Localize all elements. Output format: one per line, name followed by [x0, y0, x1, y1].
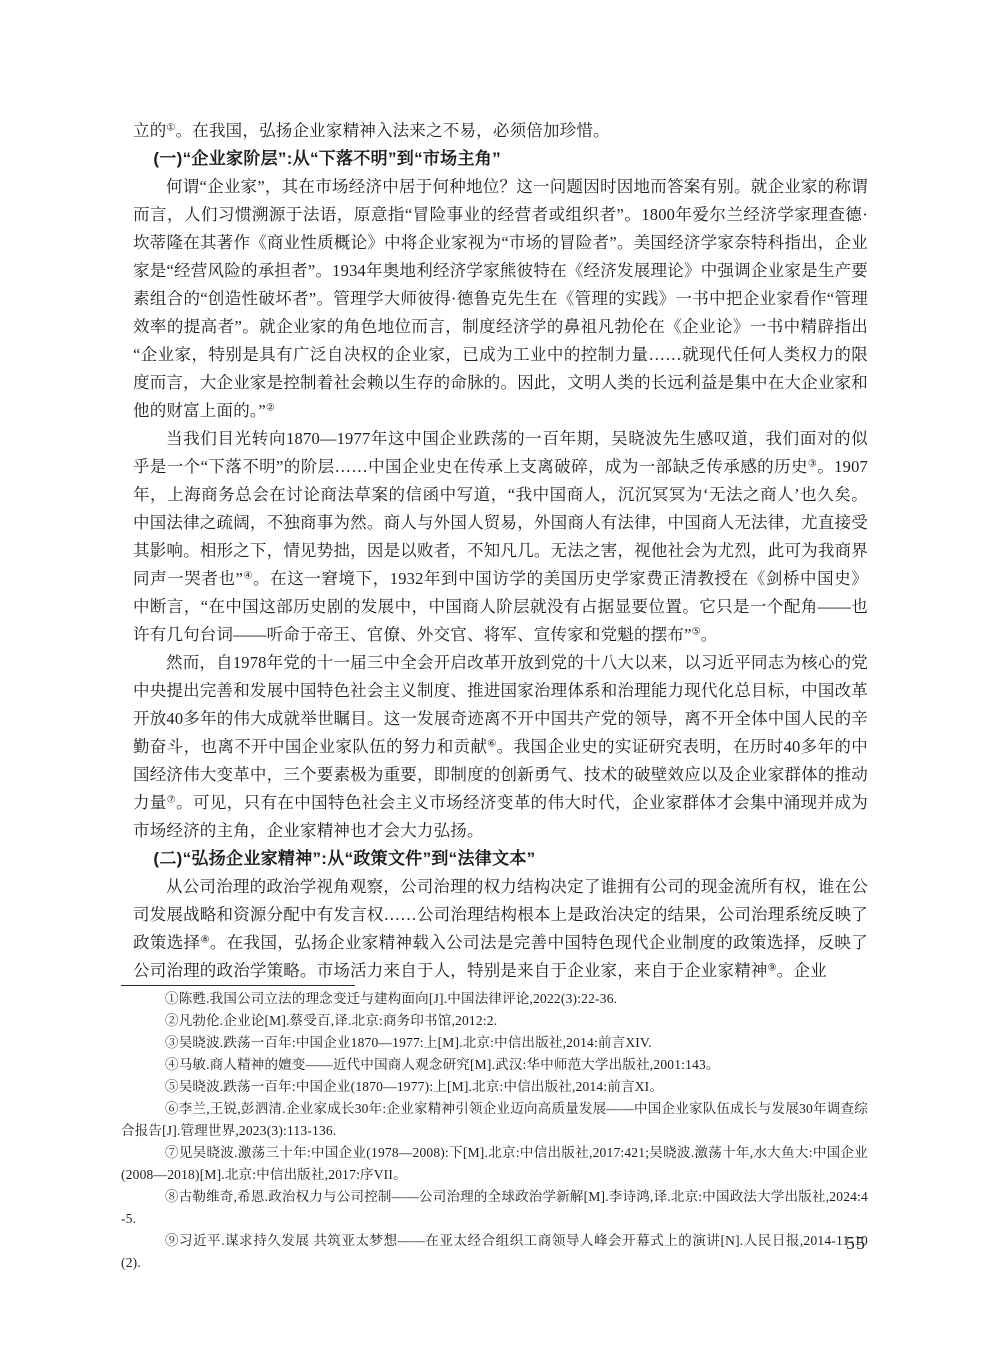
section-2-heading: (二)“弘扬企业家精神”:从“政策文件”到“法律文本”: [133, 845, 868, 873]
footnotes-section: ①陈甦.我国公司立法的理念变迁与建构面向[J].中国法律评论,2022(3):2…: [121, 988, 868, 1274]
journal-page: 立的①。在我国，弘扬企业家精神入法来之不易，必须倍加珍惜。 (一)“企业家阶层”…: [0, 0, 1000, 1347]
paragraph-continuation: 立的①。在我国，弘扬企业家精神入法来之不易，必须倍加珍惜。: [133, 117, 868, 145]
section-1-paragraph-3: 然而，自1978年党的十一届三中全会开启改革开放到党的十八大以来，以习近平同志为…: [133, 649, 868, 845]
section-2-paragraph-1: 从公司治理的政治学视角观察，公司治理的权力结构决定了谁拥有公司的现金流所有权，谁…: [133, 873, 868, 985]
footnote-separator-rule: [121, 985, 355, 986]
footnote-8: ⑧古勒维奇,希恩.政治权力与公司控制——公司治理的全球政治学新解[M].李诗鸿,…: [121, 1186, 868, 1230]
page-number: 55: [846, 1233, 867, 1254]
footnote-7: ⑦见吴晓波.激荡三十年:中国企业(1978—2008):下[M].北京:中信出版…: [121, 1142, 868, 1186]
footnote-2: ②凡勃伦.企业论[M].蔡受百,译.北京:商务印书馆,2012:2.: [121, 1010, 868, 1032]
section-1-heading: (一)“企业家阶层”:从“下落不明”到“市场主角”: [133, 145, 868, 173]
section-1-paragraph-2: 当我们目光转向1870—1977年这中国企业跌荡的一百年期，吴晓波先生感叹道，我…: [133, 425, 868, 649]
footnote-5: ⑤吴晓波.跌荡一百年:中国企业(1870—1977):上[M].北京:中信出版社…: [121, 1076, 868, 1098]
footnote-3: ③吴晓波.跌荡一百年:中国企业1870—1977:上[M].北京:中信出版社,2…: [121, 1032, 868, 1054]
section-1-paragraph-1: 何谓“企业家”，其在市场经济中居于何种地位？这一问题因时因地而答案有别。就企业家…: [133, 173, 868, 425]
footnote-4: ④马敏.商人精神的嬗变——近代中国商人观念研究[M].武汉:华中师范大学出版社,…: [121, 1054, 868, 1076]
footnote-1: ①陈甦.我国公司立法的理念变迁与建构面向[J].中国法律评论,2022(3):2…: [121, 988, 868, 1010]
footnote-6: ⑥李兰,王锐,彭泗清.企业家成长30年:企业家精神引领企业迈向高质量发展——中国…: [121, 1098, 868, 1142]
footnote-9: ⑨习近平.谋求持久发展 共筑亚太梦想——在亚太经合组织工商领导人峰会开幕式上的演…: [121, 1230, 868, 1274]
article-body: 立的①。在我国，弘扬企业家精神入法来之不易，必须倍加珍惜。 (一)“企业家阶层”…: [133, 117, 868, 985]
